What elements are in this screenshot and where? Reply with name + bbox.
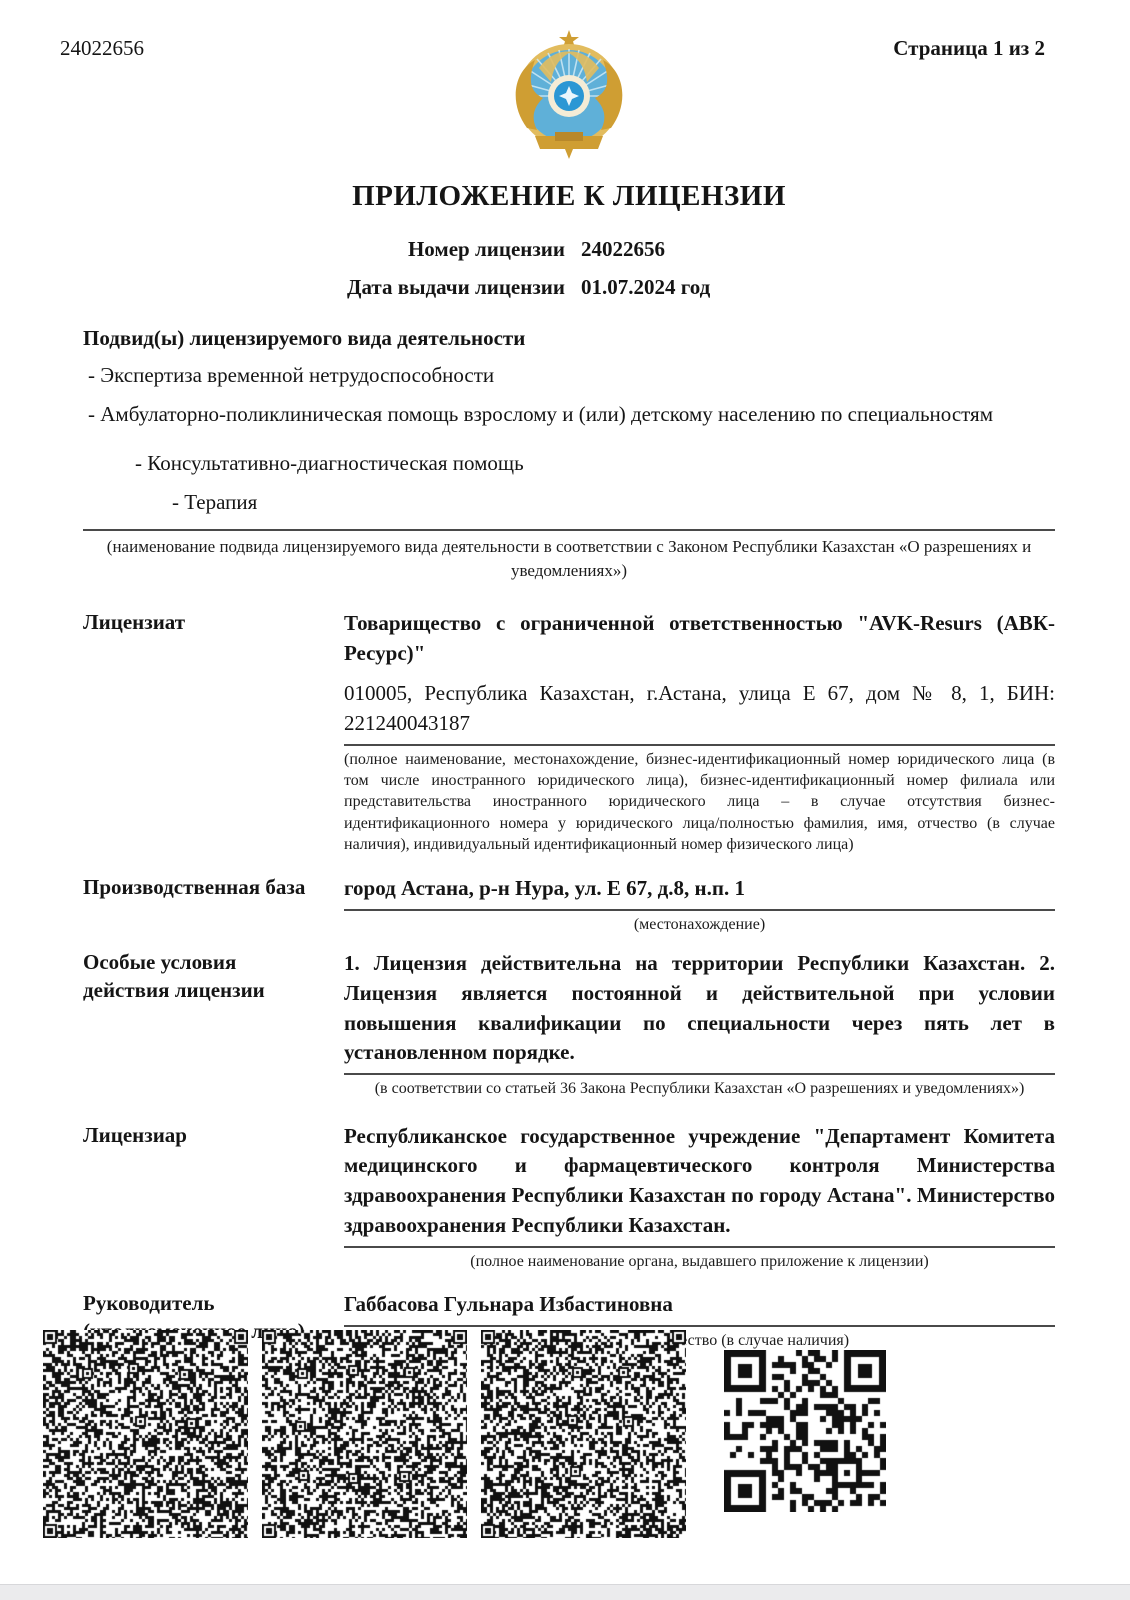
underline-rule: [344, 1246, 1055, 1248]
license-number-label: Номер лицензии: [83, 237, 565, 262]
licensee-address: 010005, Республика Казахстан, г.Астана, …: [344, 679, 1055, 739]
licensee-name: Товарищество с ограниченной ответственно…: [344, 609, 1055, 669]
special-conditions-caption: (в соответствии со статьей 36 Закона Рес…: [344, 1078, 1055, 1099]
bottom-edge-strip: [0, 1584, 1130, 1600]
subtypes-caption: (наименование подвида лицензируемого вид…: [83, 535, 1055, 583]
underline-rule: [344, 909, 1055, 911]
signature-barcode-1: [43, 1330, 248, 1538]
subtype-item: - Консультативно-диагностическая помощь: [83, 451, 1055, 476]
licensor-label: Лицензиар: [83, 1122, 344, 1150]
subtype-item: - Терапия: [83, 490, 1055, 515]
production-base-label: Производственная база: [83, 874, 344, 902]
issue-date-value: 01.07.2024 год: [581, 275, 1055, 300]
qr-code: [724, 1350, 886, 1512]
licensor-section: Лицензиар Республиканское государственно…: [83, 1122, 1055, 1273]
document-number: 24022656: [60, 36, 144, 61]
special-conditions-section: Особые условия действия лицензии 1. Лице…: [83, 949, 1055, 1100]
licensee-label: Лицензиат: [83, 609, 344, 637]
special-conditions-value: 1. Лицензия действительна на территории …: [344, 949, 1055, 1068]
production-base-section: Производственная база город Астана, р-н …: [83, 874, 1055, 935]
production-base-caption: (местонахождение): [344, 914, 1055, 935]
licensee-section: Лицензиат Товарищество с ограниченной от…: [83, 609, 1055, 855]
kazakhstan-emblem-icon: [505, 28, 633, 162]
licensee-content: Товарищество с ограниченной ответственно…: [344, 609, 1055, 855]
signature-barcode-2: [262, 1330, 467, 1538]
subtype-item: - Экспертиза временной нетрудоспособност…: [83, 363, 1055, 388]
production-base-content: город Астана, р-н Нура, ул. Е 67, д.8, н…: [344, 874, 1055, 935]
licensor-caption: (полное наименование органа, выдавшего п…: [344, 1251, 1055, 1272]
subtype-item: - Амбулаторно-поликлиническая помощь взр…: [83, 402, 1055, 427]
issue-date-label: Дата выдачи лицензии: [83, 275, 565, 300]
signature-barcode-3: [481, 1330, 686, 1538]
licensor-content: Республиканское государственное учрежден…: [344, 1122, 1055, 1273]
head-value: Габбасова Гульнара Избастиновна: [344, 1290, 1055, 1320]
license-meta: Номер лицензии 24022656 Дата выдачи лице…: [83, 237, 1055, 300]
underline-rule: [344, 1073, 1055, 1075]
license-number-value: 24022656: [581, 237, 1055, 262]
special-conditions-label: Особые условия действия лицензии: [83, 949, 344, 1004]
document-body: ПРИЛОЖЕНИЕ К ЛИЦЕНЗИИ Номер лицензии 240…: [83, 180, 1055, 1352]
special-conditions-content: 1. Лицензия действительна на территории …: [344, 949, 1055, 1100]
page-indicator: Страница 1 из 2: [893, 36, 1045, 61]
underline-rule: [344, 1325, 1055, 1327]
licensee-caption: (полное наименование, местонахождение, б…: [344, 749, 1055, 856]
barcode-strip: [43, 1330, 886, 1538]
separator-line: [83, 529, 1055, 531]
subtypes-heading: Подвид(ы) лицензируемого вида деятельнос…: [83, 326, 1055, 351]
production-base-value: город Астана, р-н Нура, ул. Е 67, д.8, н…: [344, 874, 1055, 904]
licensor-value: Республиканское государственное учрежден…: [344, 1122, 1055, 1241]
underline-rule: [344, 744, 1055, 746]
document-title: ПРИЛОЖЕНИЕ К ЛИЦЕНЗИИ: [83, 180, 1055, 213]
